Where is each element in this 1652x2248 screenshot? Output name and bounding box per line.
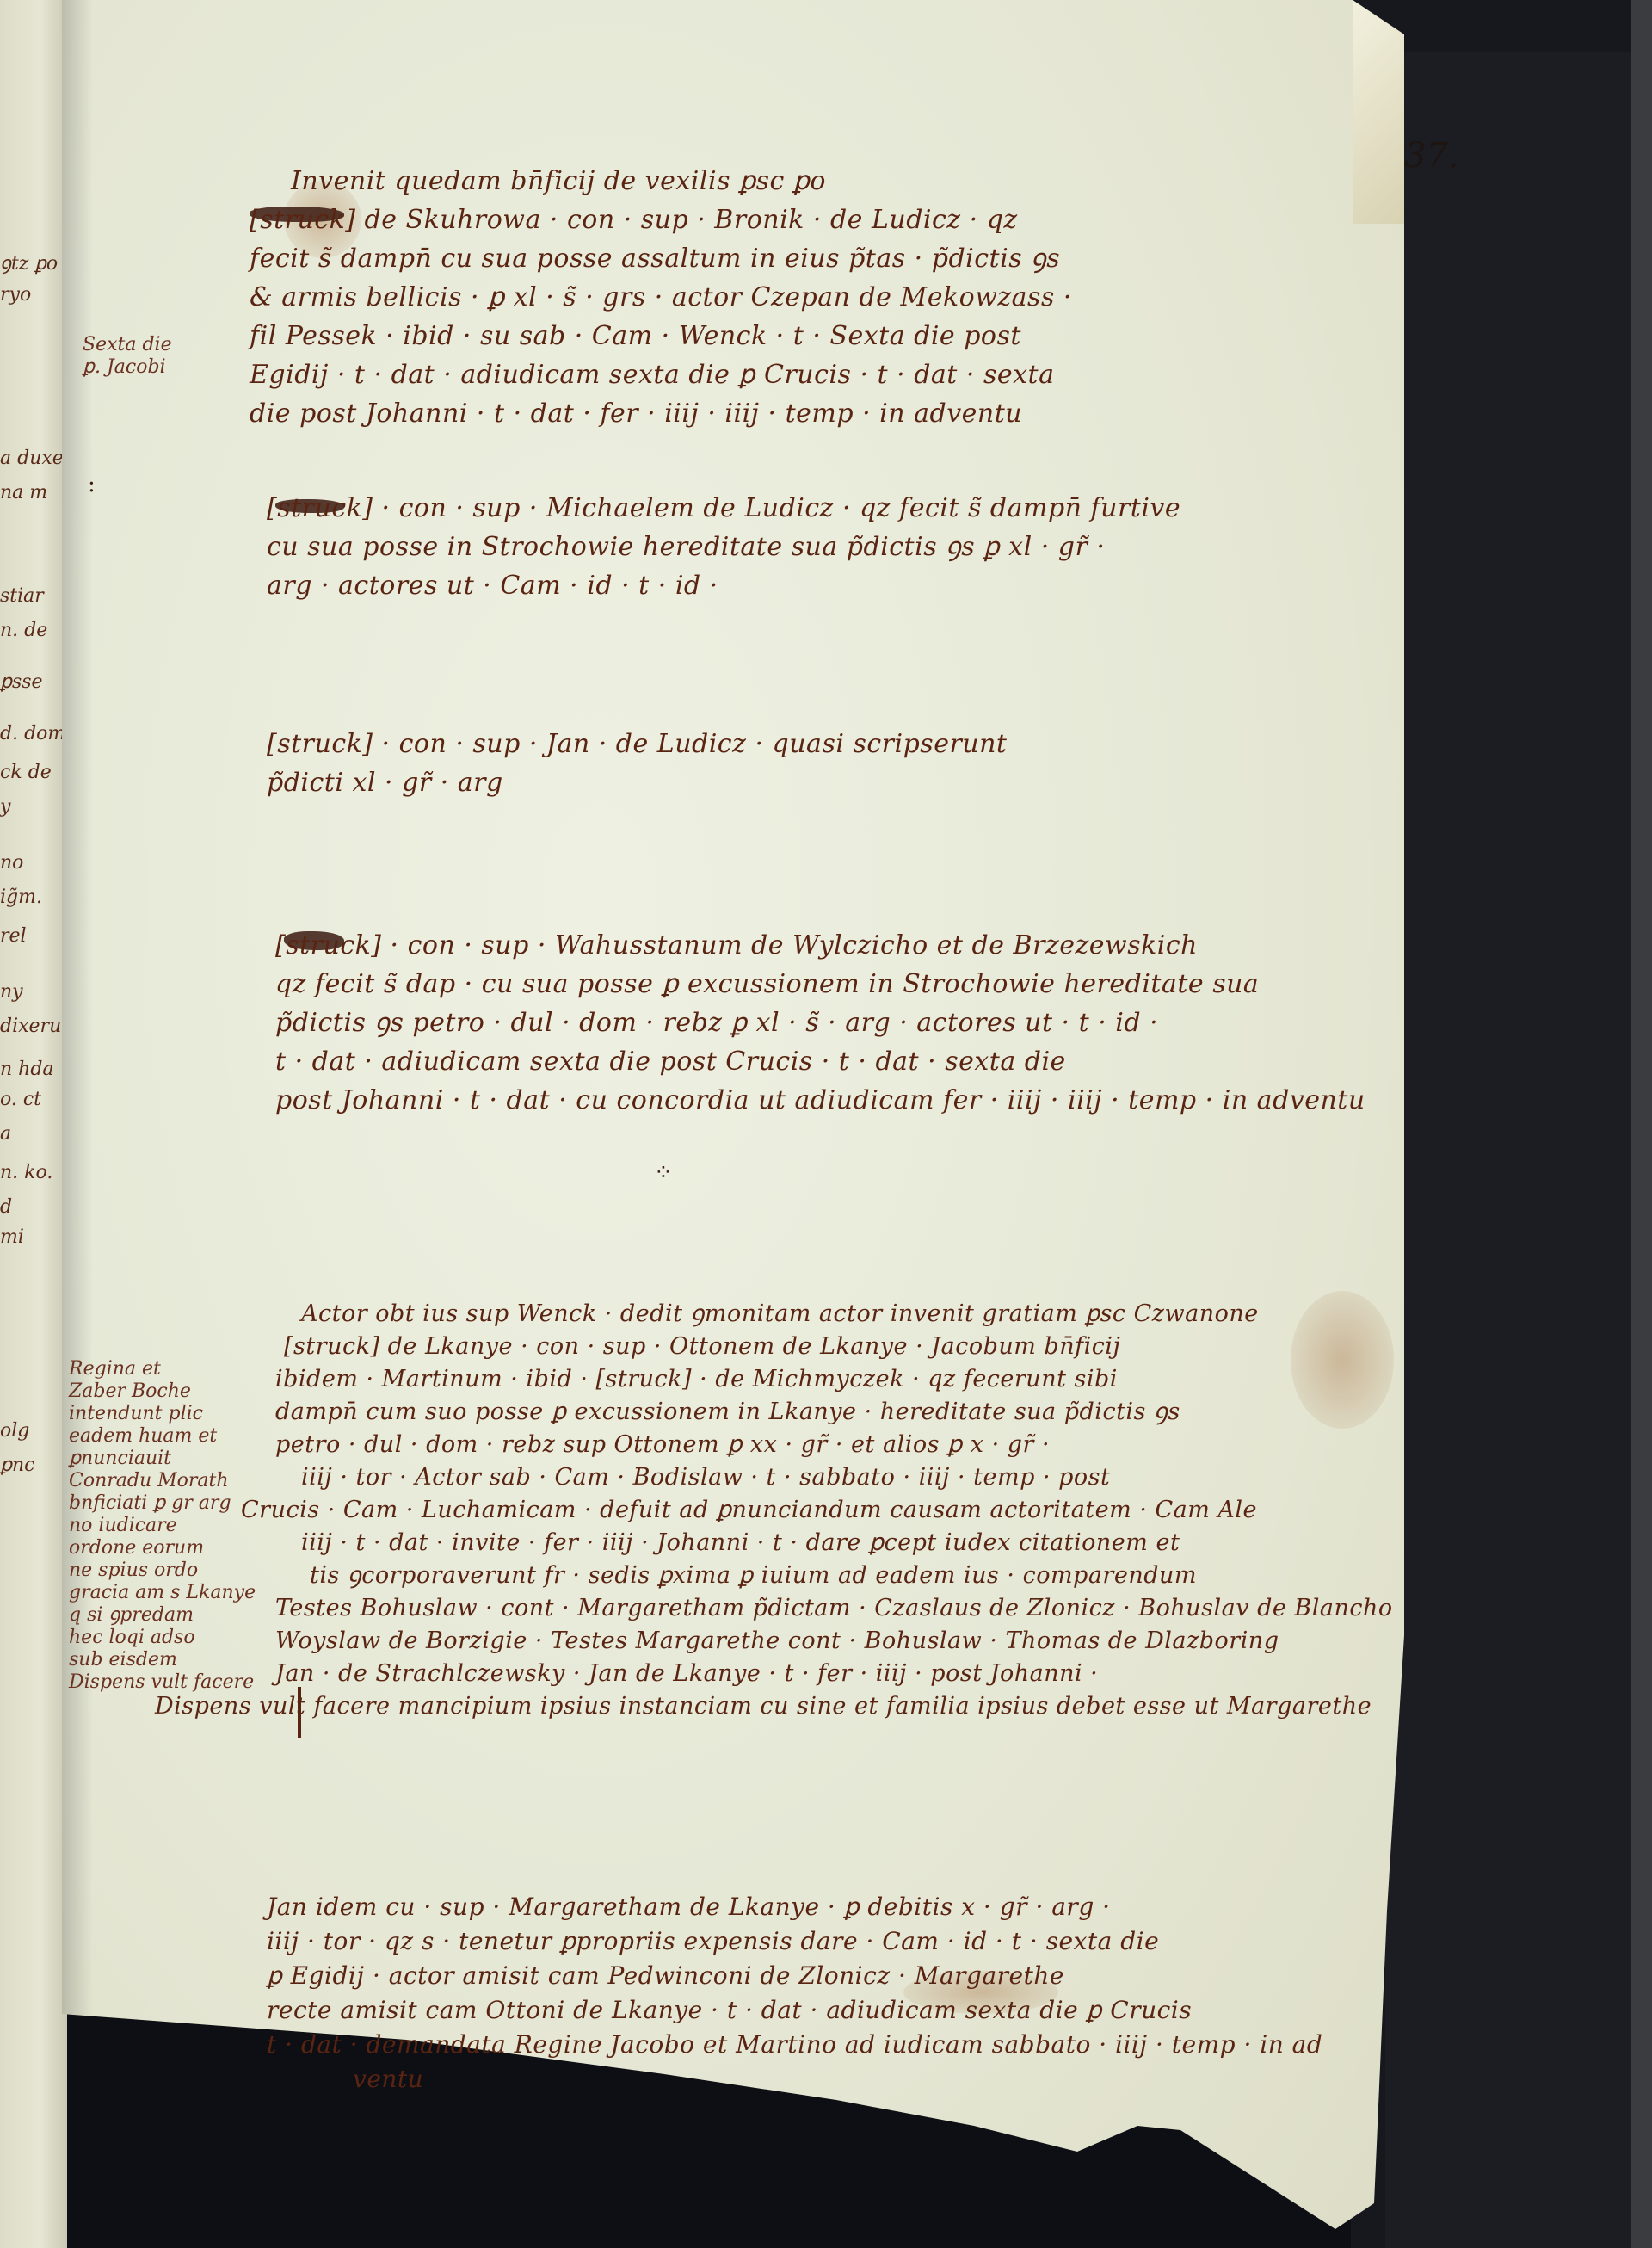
entry-line: ꝑ Egidij · actor amisit cam Pedwinconi d… <box>267 1959 1322 1993</box>
entry-line: [struck] · con · sup · Wahusstanum de Wy… <box>275 926 1365 965</box>
entry-line: post Johanni · t · dat · cu concordia ut… <box>275 1081 1365 1120</box>
margin-note-line: ne spius ordo <box>69 1559 256 1582</box>
margin-note-line: intendunt plic <box>69 1403 256 1425</box>
entry-line: Actor obt ius sup Wenck · dedit ꝯmonitam… <box>301 1298 1393 1331</box>
previous-page-text-fragment: mi <box>0 1226 65 1248</box>
entry-line: ibidem · Martinum · ibid · [struck] · de… <box>275 1363 1393 1396</box>
entry-line: fecit s̃ dampn̄ cu sua posse assaltum in… <box>250 239 1072 278</box>
previous-page-text-fragment: d. dom. <box>0 723 65 744</box>
margin-note-line: ꝑ. Jacobi <box>83 356 172 379</box>
entry-line: recte amisit cam Ottoni de Lkanye · t · … <box>267 1993 1322 2028</box>
previous-page-text-fragment: ꝯtz ꝑo <box>0 250 65 275</box>
margin-note-entry-5: Regina et Zaber Boche intendunt plic ead… <box>69 1358 256 1694</box>
previous-page-text-fragment: stiar <box>0 585 65 607</box>
section-end-mark: ⁘ <box>654 1160 673 1186</box>
previous-page-text-fragment: ryo <box>0 284 65 306</box>
margin-note-line: Sexta die <box>83 334 172 356</box>
previous-page-text-fragment: ꝑnc <box>0 1454 65 1476</box>
folio-number: 37. <box>1404 136 1459 176</box>
entry-2: [struck] · con · sup · Michaelem de Ludi… <box>267 489 1180 605</box>
entry-line: die post Johanni · t · dat · fer · iiij … <box>250 394 1072 433</box>
folded-corner <box>1353 0 1404 224</box>
entry-line: iiij · t · dat · invite · fer · iiij · J… <box>301 1527 1393 1559</box>
previous-page-edge: ꝯtz ꝑoryoa duxerna mstiarn. deꝑssed. dom… <box>0 0 67 2248</box>
entry-line: p̃dictis ꝯs petro · dul · dom · rebz ꝑ x… <box>275 1004 1365 1042</box>
margin-note-line: gracia am s Lkanye <box>69 1582 256 1604</box>
colon-mark: : <box>88 472 96 497</box>
margin-note-line: no iudicare <box>69 1515 256 1537</box>
entry-line: & armis bellicis · ꝑ xl · s̃ · grs · act… <box>250 278 1072 317</box>
margin-note-line: Regina et <box>69 1358 256 1380</box>
margin-note-line: sub eisdem <box>69 1649 256 1671</box>
entry-line: dampn̄ cum suo posse ꝑ excussionem in Lk… <box>275 1396 1393 1429</box>
entry-6: Jan idem cu · sup · Margaretham de Lkany… <box>267 1890 1322 2097</box>
entry-line: Egidij · t · dat · adiudicam sexta die ꝑ… <box>250 355 1072 394</box>
margin-note-line: ordone eorum <box>69 1537 256 1559</box>
entry-line: [struck] de Lkanye · con · sup · Ottonem… <box>284 1331 1393 1363</box>
previous-page-text-fragment: na m <box>0 482 65 503</box>
entry-line: t · dat · demandata Regine Jacobo et Mar… <box>267 2028 1322 2062</box>
margin-note-line: Zaber Boche <box>69 1380 256 1403</box>
entry-line: Jan idem cu · sup · Margaretham de Lkany… <box>267 1890 1322 1924</box>
entry-line: ventu <box>353 2062 1322 2097</box>
entry-line: [struck] · con · sup · Michaelem de Ludi… <box>267 489 1180 528</box>
binding-edge-strip <box>1631 0 1652 2248</box>
previous-page-text-fragment: a duxer <box>0 448 65 469</box>
entry-line: [struck] · con · sup · Jan · de Ludicz ·… <box>267 725 1008 763</box>
entry-line: p̃dicti xl · gr̃ · arg <box>267 763 1008 802</box>
margin-note-line: hec loqi adso <box>69 1627 256 1649</box>
previous-page-text-fragment: o. ct <box>0 1089 65 1110</box>
margin-note-line: q si ꝯpredam <box>69 1604 256 1627</box>
entry-line: Crucis · Cam · Luchamicam · defuit ad ꝑn… <box>241 1494 1393 1527</box>
previous-page-text-fragment: ꝑsse <box>0 671 65 693</box>
entry-line: fil Pessek · ibid · su sab · Cam · Wenck… <box>250 317 1072 355</box>
previous-page-text-fragment: ny <box>0 981 65 1003</box>
entry-line: tis ꝯcorporaverunt fr · sedis ꝑxima ꝑ iu… <box>310 1559 1393 1592</box>
previous-page-text-fragment: n. ko. <box>0 1162 65 1183</box>
previous-page-text-fragment: ck de <box>0 762 65 783</box>
entry-line: cu sua posse in Strochowie hereditate su… <box>267 528 1180 566</box>
entry-3: [struck] · con · sup · Jan · de Ludicz ·… <box>267 725 1008 802</box>
previous-page-text-fragment: y <box>0 796 65 818</box>
entry-line: arg · actores ut · Cam · id · t · id · <box>267 566 1180 605</box>
entry-line: petro · dul · dom · rebz sup Ottonem ꝑ x… <box>275 1429 1393 1461</box>
previous-page-text-fragment: n h̃da <box>0 1059 65 1080</box>
margin-note-line: Conradu Morath <box>69 1470 256 1492</box>
entry-line: Jan · de Strachlczewsky · Jan de Lkanye … <box>275 1658 1393 1690</box>
margin-note-line: bnficiati ꝑ gr arg <box>69 1492 256 1515</box>
entry-line: iiij · tor · qz s · tenetur ꝑpropriis ex… <box>267 1924 1322 1959</box>
entry-4: [struck] · con · sup · Wahusstanum de Wy… <box>275 926 1365 1120</box>
entry-line: Dispens vult facere mancipium ipsius ins… <box>155 1690 1393 1723</box>
entry-line: Testes Bohuslaw · cont · Margaretham p̃d… <box>275 1592 1393 1625</box>
entry-line: qz fecit s̃ dap · cu sua posse ꝑ excussi… <box>275 965 1365 1004</box>
margin-note-line: ꝑnunciauit <box>69 1448 256 1470</box>
previous-page-text-fragment: rel <box>0 925 65 947</box>
previous-page-text-fragment: olg <box>0 1420 65 1442</box>
entry-line: Woyslaw de Borzigie · Testes Margarethe … <box>275 1625 1393 1658</box>
entry-line: t · dat · adiudicam sexta die post Cruci… <box>275 1042 1365 1081</box>
previous-page-text-fragment: a <box>0 1123 65 1145</box>
entry-line: iiij · tor · Actor sab · Cam · Bodislaw … <box>301 1461 1393 1494</box>
margin-note-line: eadem huam et <box>69 1425 256 1448</box>
previous-page-text-fragment: ig̃m. <box>0 886 65 908</box>
entry-1: Invenit quedam bn̄ficij de vexilis ꝑsc ꝑ… <box>291 162 1072 433</box>
previous-page-text-fragment: no <box>0 852 65 874</box>
previous-page-text-fragment: d <box>0 1196 65 1218</box>
entry-line: [struck] de Skuhrowa · con · sup · Broni… <box>250 201 1072 239</box>
previous-page-text-fragment: dixerunt <box>0 1016 65 1037</box>
entry-5: Actor obt ius sup Wenck · dedit ꝯmonitam… <box>241 1298 1393 1723</box>
entry-line: Invenit quedam bn̄ficij de vexilis ꝑsc ꝑ… <box>291 162 1072 201</box>
previous-page-text-fragment: n. de <box>0 620 65 641</box>
binding-cloth-panel <box>1385 52 1635 2248</box>
margin-note-entry-1: Sexta die ꝑ. Jacobi <box>83 334 172 379</box>
